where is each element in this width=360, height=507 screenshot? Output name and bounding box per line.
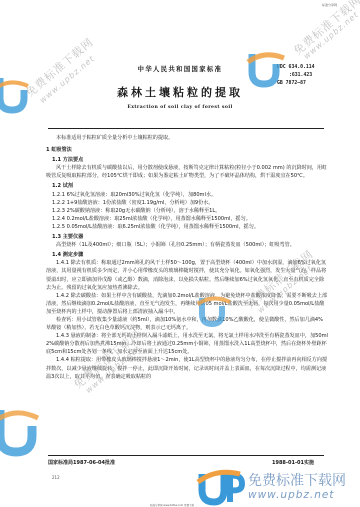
section-1-4-heading: 1.4 测定步骤: [46, 251, 328, 259]
watermark-top-right: 免费标准下载网 www.upbz.net: [240, 0, 360, 100]
section-1-3-text: 高型烧杯（1L及400ml）；细口瓶（5L）；小铜筛（孔径0.25mm）；有柄瓷…: [46, 241, 328, 249]
brand-logo-bottom: 免费标准下载网 www.upbz.net: [196, 468, 360, 507]
section-1-1-heading: 1.1 方法要点: [46, 156, 328, 164]
up-logo-icon: [244, 44, 288, 88]
up-logo-icon: [194, 290, 234, 330]
up-logo-icon: [196, 468, 246, 506]
section-1-heading: 1 虹吸管法: [46, 146, 328, 154]
watermark-cn-text: 免费标准下载网: [70, 326, 145, 392]
section-1-1-text: 风干土样除去有机质与碳酸盐以后，用分散剂使成悬液，按斯笃克定律计算粘粒(粒径小于…: [46, 164, 328, 180]
section-1-3-heading: 1.3 主要仪器: [46, 233, 328, 241]
watermark-top-left: 免费标准下载网 www.upbz.net: [0, 0, 130, 140]
reagent-item: 1.2.4 0.2mol/L盐酸溶液：取25ml浓盐酸（化学纯），用蒸馏水稀释至…: [46, 215, 328, 223]
approval-date: 国家标准局1987-06-04批准: [48, 459, 115, 466]
reagent-item: 1.2.3 2%碳酸钠溶液：称取20g无水碳酸钠（分析纯），溶于水稀释至1L。: [46, 207, 328, 215]
up-logo-icon: [0, 400, 40, 460]
implementation-date: 1988-01-01实施: [272, 459, 314, 466]
brand-cn-text: 免费标准下载网: [248, 470, 346, 490]
watermark-lower-left: 免费标准下载网 www.upbz.net: [0, 330, 140, 460]
section-1-2-heading: 1.2 试剂: [46, 182, 328, 190]
watermark-cn-text: 免费标准下载网: [290, 0, 360, 58]
tiny-footer-text: 标准分享网 www.bzfxw.com 免费下载: [150, 503, 194, 507]
page-number: 212: [52, 475, 60, 480]
watermark-center: 免费标准下载网 www.upbz.net: [190, 260, 360, 360]
document-page: 标准分享网 中华人民共和国国家标准 森林土壤粘粒的提取 Extraction o…: [0, 0, 360, 507]
reagent-item: 1.2.2 1+9盐酸溶液：1份浓盐酸（密度1.19g/ml，分析纯）加9份水。: [46, 199, 328, 207]
reagent-item: 1.2.1 6%过氧化氢溶液：取20ml30%过氧化氢（化学纯），加80ml水。: [46, 191, 328, 199]
reagent-item: 1.2.5 0.05mol/L盐酸溶液：取6.25ml浓盐酸（化学纯），用蒸馏水…: [46, 223, 328, 231]
brand-url-text: www.upbz.net: [248, 489, 335, 501]
